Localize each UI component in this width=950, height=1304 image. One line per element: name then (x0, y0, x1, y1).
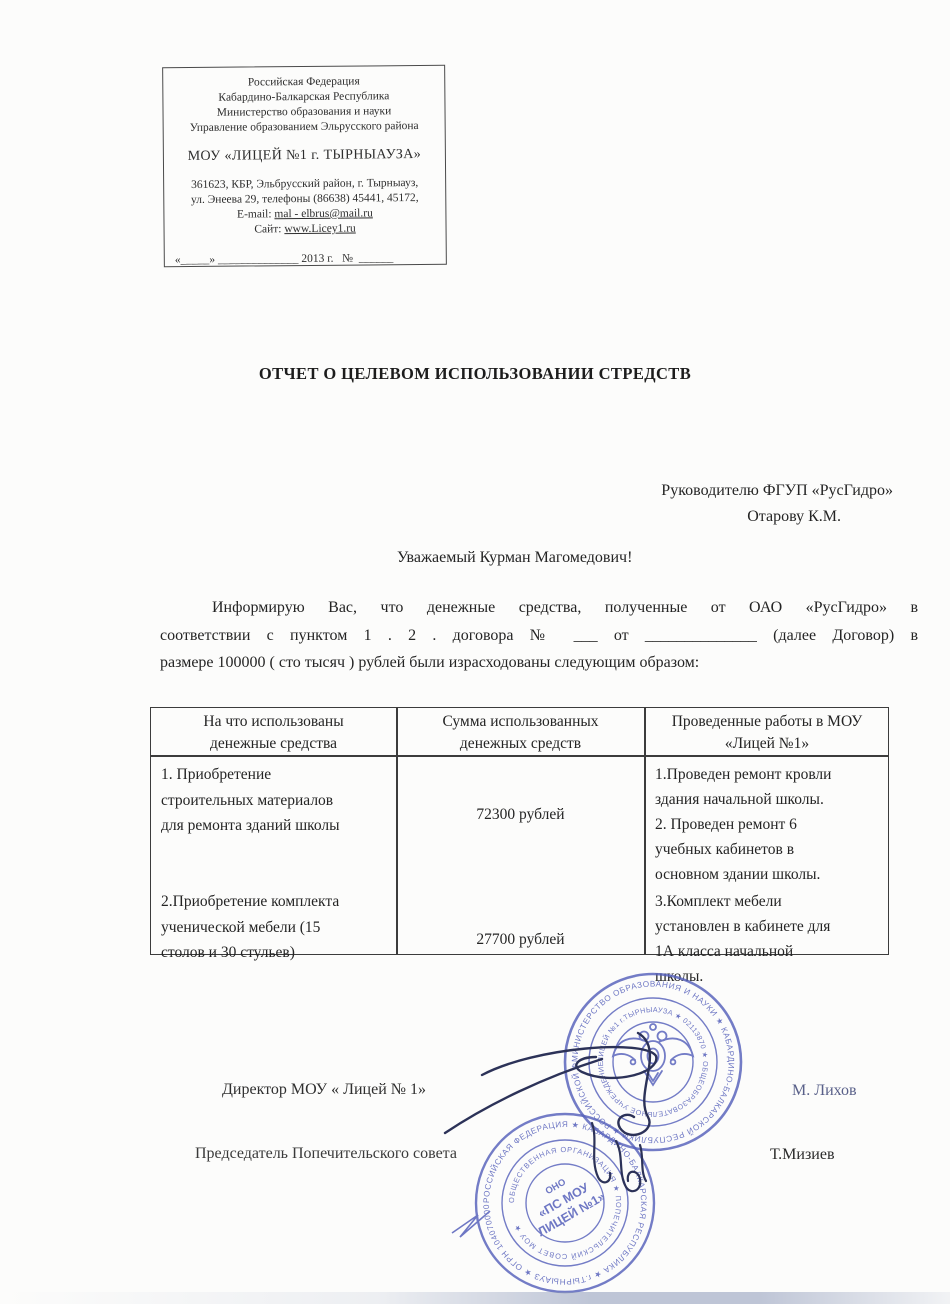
table-header-works: Проведенные работы в МОУ «Лицей №1» (646, 711, 888, 754)
table-header-divider (151, 755, 888, 757)
school-name: МОУ «ЛИЦЕЙ №1 г. ТЫРНЫАУЗА» (164, 147, 445, 164)
body-line: Информирую Вас, что денежные средства, п… (160, 594, 918, 622)
site-label: Сайт: (254, 223, 284, 235)
letterhead-address-line: ул. Энеева 29, телефоны (86638) 45441, 4… (164, 191, 445, 208)
chairman-title-label: Председатель Попечительского совета (195, 1145, 457, 1163)
table-cell-purpose-2: 2.Приобретение комплекта ученической меб… (161, 889, 389, 966)
letterhead-site-line: Сайт: www.Licey1.ru (164, 221, 445, 238)
seal-and-signature-layer: МИНИСТЕРСТВО ОБРАЗОВАНИЯ И НАУКИ ★ КАБАР… (420, 945, 880, 1304)
body-line: соответствии с пунктом 1 . 2 . договора … (160, 622, 918, 650)
addressee-line-2: Отарову К.М. (473, 504, 893, 530)
document-page: Российская Федерация Кабардино-Балкарска… (0, 0, 950, 1304)
table-header-amount: Сумма использованных денежных средств (397, 711, 644, 754)
body-paragraph: Информирую Вас, что денежные средства, п… (160, 594, 918, 677)
funds-usage-table: На что использованы денежные средства Су… (150, 707, 889, 955)
email-label: E-mail: (237, 208, 274, 220)
table-cell-amount-1: 72300 рублей (397, 802, 644, 828)
seal-check-flourish (452, 1211, 490, 1237)
table-header-purpose: На что использованы денежные средства (151, 711, 396, 754)
site-value: www.Licey1.ru (284, 223, 356, 236)
addressee-line-1: Руководителю ФГУП «РусГидро» (473, 478, 893, 504)
document-title: ОТЧЕТ О ЦЕЛЕВОМ ИСПОЛЬЗОВАНИИ СТРЕДСТВ (0, 364, 950, 384)
scan-artifact-band (0, 1292, 950, 1304)
svg-text:ЛИЦЕЙ №1 г.ТЫРНЫАУЗА ★ 0211387: ЛИЦЕЙ №1 г.ТЫРНЫАУЗА ★ 02113870 ★ ОБЩЕОБ… (420, 945, 710, 1119)
letterhead-box: Российская Федерация Кабардино-Балкарска… (162, 65, 447, 267)
table-cell-works-1: 1.Проведен ремонт кровли здания начально… (655, 762, 885, 887)
salutation: Уважаемый Курман Магомедович! (397, 549, 632, 567)
body-line: размере 100000 ( сто тысяч ) рублей были… (160, 649, 918, 677)
email-value: mal - elbrus@mail.ru (274, 207, 373, 220)
addressee-block: Руководителю ФГУП «РусГидро» Отарову К.М… (473, 478, 893, 530)
date-number-line: «_____» ______________ 2013 г. № ______ (165, 251, 446, 268)
seal-inner-ring-text: ЛИЦЕЙ №1 г.ТЫРНЫАУЗА ★ 02113870 ★ ОБЩЕОБ… (420, 945, 710, 1119)
letterhead-org-line: Управление образованием Эльрусского райо… (164, 119, 445, 136)
director-title-label: Директор МОУ « Лицей № 1» (222, 1081, 426, 1099)
table-cell-purpose-1: 1. Приобретение строительных материалов … (161, 762, 389, 839)
